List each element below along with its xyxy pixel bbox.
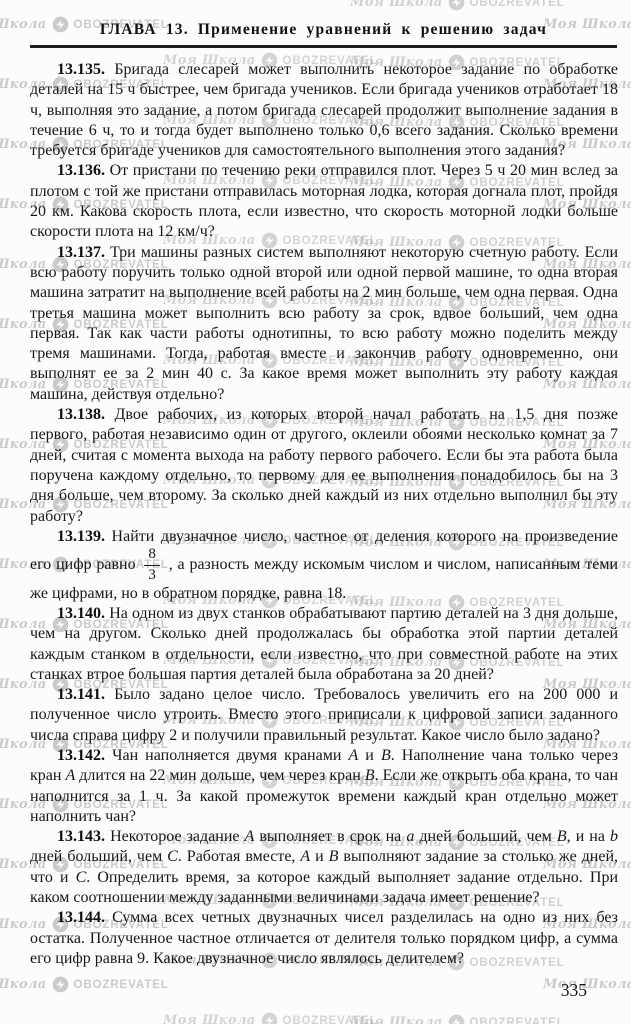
problem-text: Найти двузначное число, частное от делен… xyxy=(30,528,618,602)
problem-text: Двое рабочих, из которых второй начал ра… xyxy=(30,406,618,524)
problem-number: 13.143. xyxy=(57,828,105,845)
problems-list: 13.135. Бригада слесарей может выполнить… xyxy=(30,60,618,969)
problem-13-140: 13.140. На одном из двух станков обрабат… xyxy=(30,604,618,685)
problem-text: Бригада слесарей может выполнить некотор… xyxy=(30,61,618,159)
watermark: Моя Школа OBOZREVATEL xyxy=(543,976,631,993)
problem-number: 13.138. xyxy=(57,406,105,423)
problem-13-142: 13.142. Чан наполняется двумя кранами А … xyxy=(30,746,618,827)
watermark-school-text: Моя Школа xyxy=(163,1013,256,1024)
problem-text: Сумма всех четных двузначных чисел разде… xyxy=(30,909,618,967)
watermark: Моя Школа OBOZREVATEL xyxy=(163,1012,378,1024)
problem-13-143: 13.143. Некоторое задание А выполняет в … xyxy=(30,827,618,908)
problem-13-136: 13.136. От пристани по течению реки отпр… xyxy=(30,161,618,242)
scanned-textbook-page: Моя Школа OBOZREVATEL Моя Школа OBOZREVA… xyxy=(0,0,631,1024)
problem-13-138: 13.138. Двое рабочих, из которых второй … xyxy=(30,405,618,527)
problem-13-144: 13.144. Сумма всех четных двузначных чис… xyxy=(30,908,618,969)
obozrevatel-compass-icon xyxy=(261,1012,278,1024)
page-header: ГЛАВА 13. Применение уравнений к решению… xyxy=(30,0,617,48)
problem-number: 13.144. xyxy=(57,909,105,926)
problem-13-135: 13.135. Бригада слесарей может выполнить… xyxy=(30,60,618,161)
watermark-brand-text: OBOZREVATEL xyxy=(283,1015,378,1024)
watermark: Моя Школа OBOZREVATEL xyxy=(350,1014,565,1024)
watermark-school-text: Моя Школа xyxy=(350,1015,443,1024)
problem-text: От пристани по течению реки отправился п… xyxy=(30,162,618,240)
problem-number: 13.135. xyxy=(57,61,105,78)
problem-number: 13.141. xyxy=(57,686,105,703)
problem-13-137: 13.137. Три машины разных систем выполня… xyxy=(30,243,618,405)
page-number: 335 xyxy=(561,980,587,1001)
problem-13-141: 13.141. Было задано целое число. Требова… xyxy=(30,685,618,746)
fraction-eight-thirds: 83 xyxy=(144,547,160,584)
problem-number: 13.139. xyxy=(57,528,105,545)
watermark-school-text: Моя Школа xyxy=(543,977,631,992)
problem-number: 13.137. xyxy=(57,244,105,261)
problem-text: Было задано целое число. Требовалось уве… xyxy=(30,686,618,744)
problem-text: Некоторое задание А выполняет в срок на … xyxy=(30,828,618,906)
problem-13-139: 13.139. Найти двузначное число, частное … xyxy=(30,527,618,604)
problem-text: На одном из двух станков обрабатывают па… xyxy=(30,605,618,683)
chapter-title: ГЛАВА 13. Применение уравнений к решению… xyxy=(30,0,617,39)
problem-text: Три машины разных систем выполняют некот… xyxy=(30,244,618,403)
watermark-brand-text: OBOZREVATEL xyxy=(74,979,169,991)
watermark: Моя Школа OBOZREVATEL xyxy=(0,976,169,993)
watermark-brand-text: OBOZREVATEL xyxy=(470,1017,565,1024)
problem-number: 13.140. xyxy=(57,605,105,622)
problem-number: 13.142. xyxy=(57,747,105,764)
problem-number: 13.136. xyxy=(57,162,105,179)
obozrevatel-compass-icon xyxy=(52,976,69,993)
obozrevatel-compass-icon xyxy=(448,1014,465,1024)
problem-text: Чан наполняется двумя кранами А и В. Нап… xyxy=(30,747,618,825)
header-rule xyxy=(30,45,617,48)
watermark-school-text: Моя Школа xyxy=(0,977,47,992)
